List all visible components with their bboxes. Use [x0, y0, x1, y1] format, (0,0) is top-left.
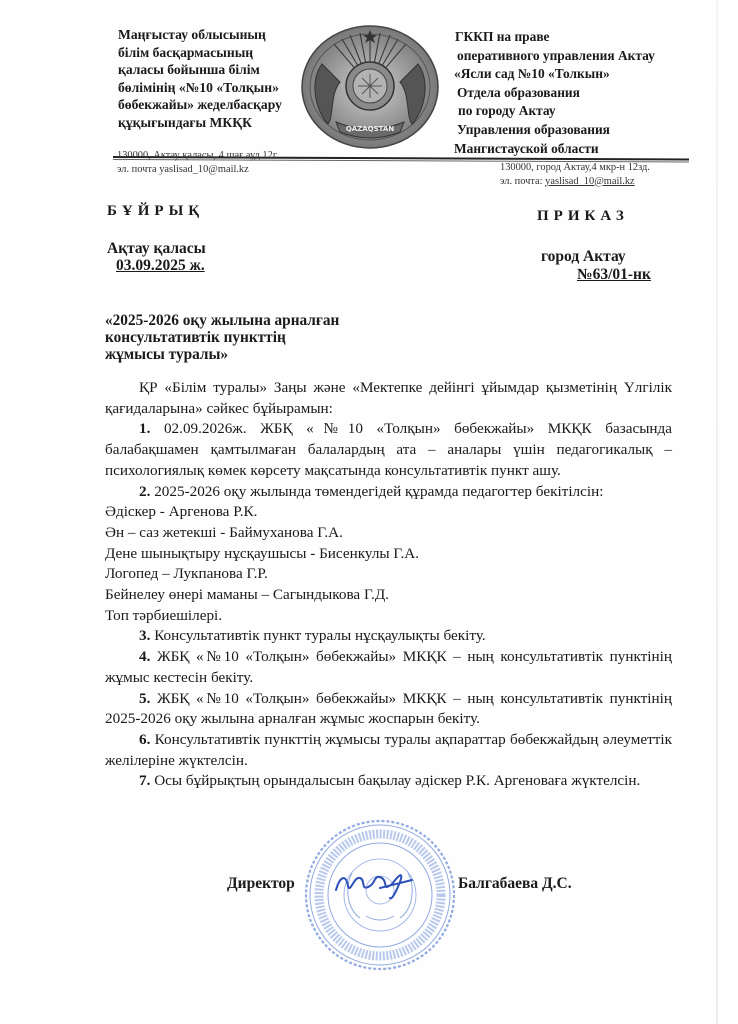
signature-icon [330, 862, 420, 902]
header-kz-line: Маңғыстау облысының [118, 26, 318, 44]
order-city-kz: Ақтау қаласы [107, 240, 206, 258]
header-kz-line: бөбекжайы» жедел­басқару [118, 96, 318, 114]
item-text: 02.09.2026ж. ЖБҚ «№10 «Толқын» бөбекжайы… [105, 420, 672, 478]
header-ru-line: Управления образования [454, 121, 694, 140]
order-city-ru: город Актау [541, 248, 626, 266]
order-item-5: 5. ЖБҚ «№10 «Толқын» бөбекжайы» МКҚК – н… [105, 689, 672, 730]
order-item-3: 3. Консультативтік пункт туралы нұсқаулы… [105, 626, 672, 647]
item-number: 5. [139, 690, 150, 707]
staff-member: Әдіскер - Аргенова Р.К. [105, 502, 672, 523]
header-ru-line: «Ясли сад №10 «Толкын» [454, 65, 694, 84]
preamble: ҚР «Білім туралы» Заңы және «Мектепке де… [105, 378, 672, 419]
item-number: 1. [139, 420, 150, 437]
header-ru-line: по городу Актау [454, 102, 694, 121]
header-ru-line: Отдела образования [454, 84, 694, 103]
staff-member: Топ тәрбиешілері. [105, 606, 672, 627]
item-text: ЖБҚ «№10 «Толқын» бөбекжайы» МКҚК – ның … [105, 690, 672, 728]
header-ru-line: ГККП на праве [454, 28, 694, 47]
scan-edge [716, 0, 718, 1024]
header-kz-line: құқығындағы МКҚК [118, 114, 318, 132]
item-text: Консультативтік пункт туралы нұсқаулықты… [154, 627, 486, 644]
staff-member: Дене шынықтыру нұсқаушысы - Бисенкулы Г.… [105, 544, 672, 565]
state-emblem-icon: QAZAQSTAN [300, 24, 440, 150]
header-kz-line: қаласы бойынша білім [118, 61, 318, 79]
staff-member: Логопед – Лукпанова Г.Р. [105, 564, 672, 585]
header-ru-line: оперативного управления Актау [454, 47, 694, 66]
staff-member: Ән – саз жетекші - Баймуханова Г.А. [105, 523, 672, 544]
item-number: 6. [139, 731, 150, 748]
emblem-label: QAZAQSTAN [346, 125, 395, 133]
subject-line: консультативтік пункттің [105, 329, 425, 346]
address-ru-email-label: эл. почта: [500, 176, 545, 187]
address-kz-email: эл. почта yaslisad_10@mail.kz [117, 163, 279, 177]
order-item-7: 7. Осы бұйрықтың орындалысын бақылау әді… [105, 771, 672, 792]
order-item-1: 1. 02.09.2026ж. ЖБҚ «№10 «Толқын» бөбекж… [105, 419, 672, 481]
header-org-kz: Маңғыстау облысының білім басқармасының … [118, 26, 318, 132]
order-date: 03.09.2025 ж. [116, 257, 205, 275]
order-body: ҚР «Білім туралы» Заңы және «Мектепке де… [105, 378, 672, 792]
signatory-name: Балгабаева Д.С. [458, 875, 572, 893]
address-ru-email-link[interactable]: yaslisad_10@mail.kz [545, 176, 635, 187]
header-org-ru: ГККП на праве оперативного управления Ак… [454, 28, 694, 158]
item-number: 2. [139, 483, 150, 500]
order-item-6: 6. Консультативтік пункттің жұмысы турал… [105, 730, 672, 771]
order-item-2: 2. 2025-2026 оқу жылында төмендегідей құ… [105, 482, 672, 503]
address-kz-street: 130000, Актау қаласы, 4 шағ.ауд.12г. [117, 149, 279, 163]
staff-member: Бейнелеу өнері маманы – Сагындыкова Г.Д. [105, 585, 672, 606]
order-item-4: 4. ЖБҚ «№10 «Толқын» бөбекжайы» МКҚК – н… [105, 647, 672, 688]
order-subject: «2025-2026 оқу жылына арналған консульта… [105, 312, 425, 363]
item-text: Осы бұйрықтың орындалысын бақылау әдіске… [154, 772, 640, 789]
order-title-ru: ПРИКАЗ [537, 208, 629, 225]
header-ru-line: Мангистауской области [454, 140, 694, 159]
item-text: Консультативтік пункттің жұмысы туралы а… [105, 731, 672, 769]
address-ru: 130000, город Актау,4 мкр-н 12зд. эл. по… [500, 161, 650, 188]
item-text: ЖБҚ «№10 «Толқын» бөбекжайы» МКҚК – ның … [105, 648, 672, 686]
item-text: 2025-2026 оқу жылында төмендегідей құрам… [154, 483, 603, 500]
subject-line: жұмысы туралы» [105, 346, 425, 363]
item-number: 3. [139, 627, 150, 644]
signature-role: Директор [227, 875, 295, 893]
item-number: 4. [139, 648, 150, 665]
header-kz-line: білім басқармасының [118, 44, 318, 62]
header-kz-line: бөлімінің «№10 «Толқын» [118, 79, 318, 97]
item-number: 7. [139, 772, 150, 789]
order-title-kz: БҰЙРЫҚ [107, 203, 204, 220]
address-ru-email-line: эл. почта: yaslisad_10@mail.kz [500, 175, 650, 189]
order-number: №63/01-нк [577, 266, 651, 284]
address-kz: 130000, Актау қаласы, 4 шағ.ауд.12г. эл.… [117, 149, 279, 176]
subject-line: «2025-2026 оқу жылына арналған [105, 312, 425, 329]
address-ru-street: 130000, город Актау,4 мкр-н 12зд. [500, 161, 650, 175]
